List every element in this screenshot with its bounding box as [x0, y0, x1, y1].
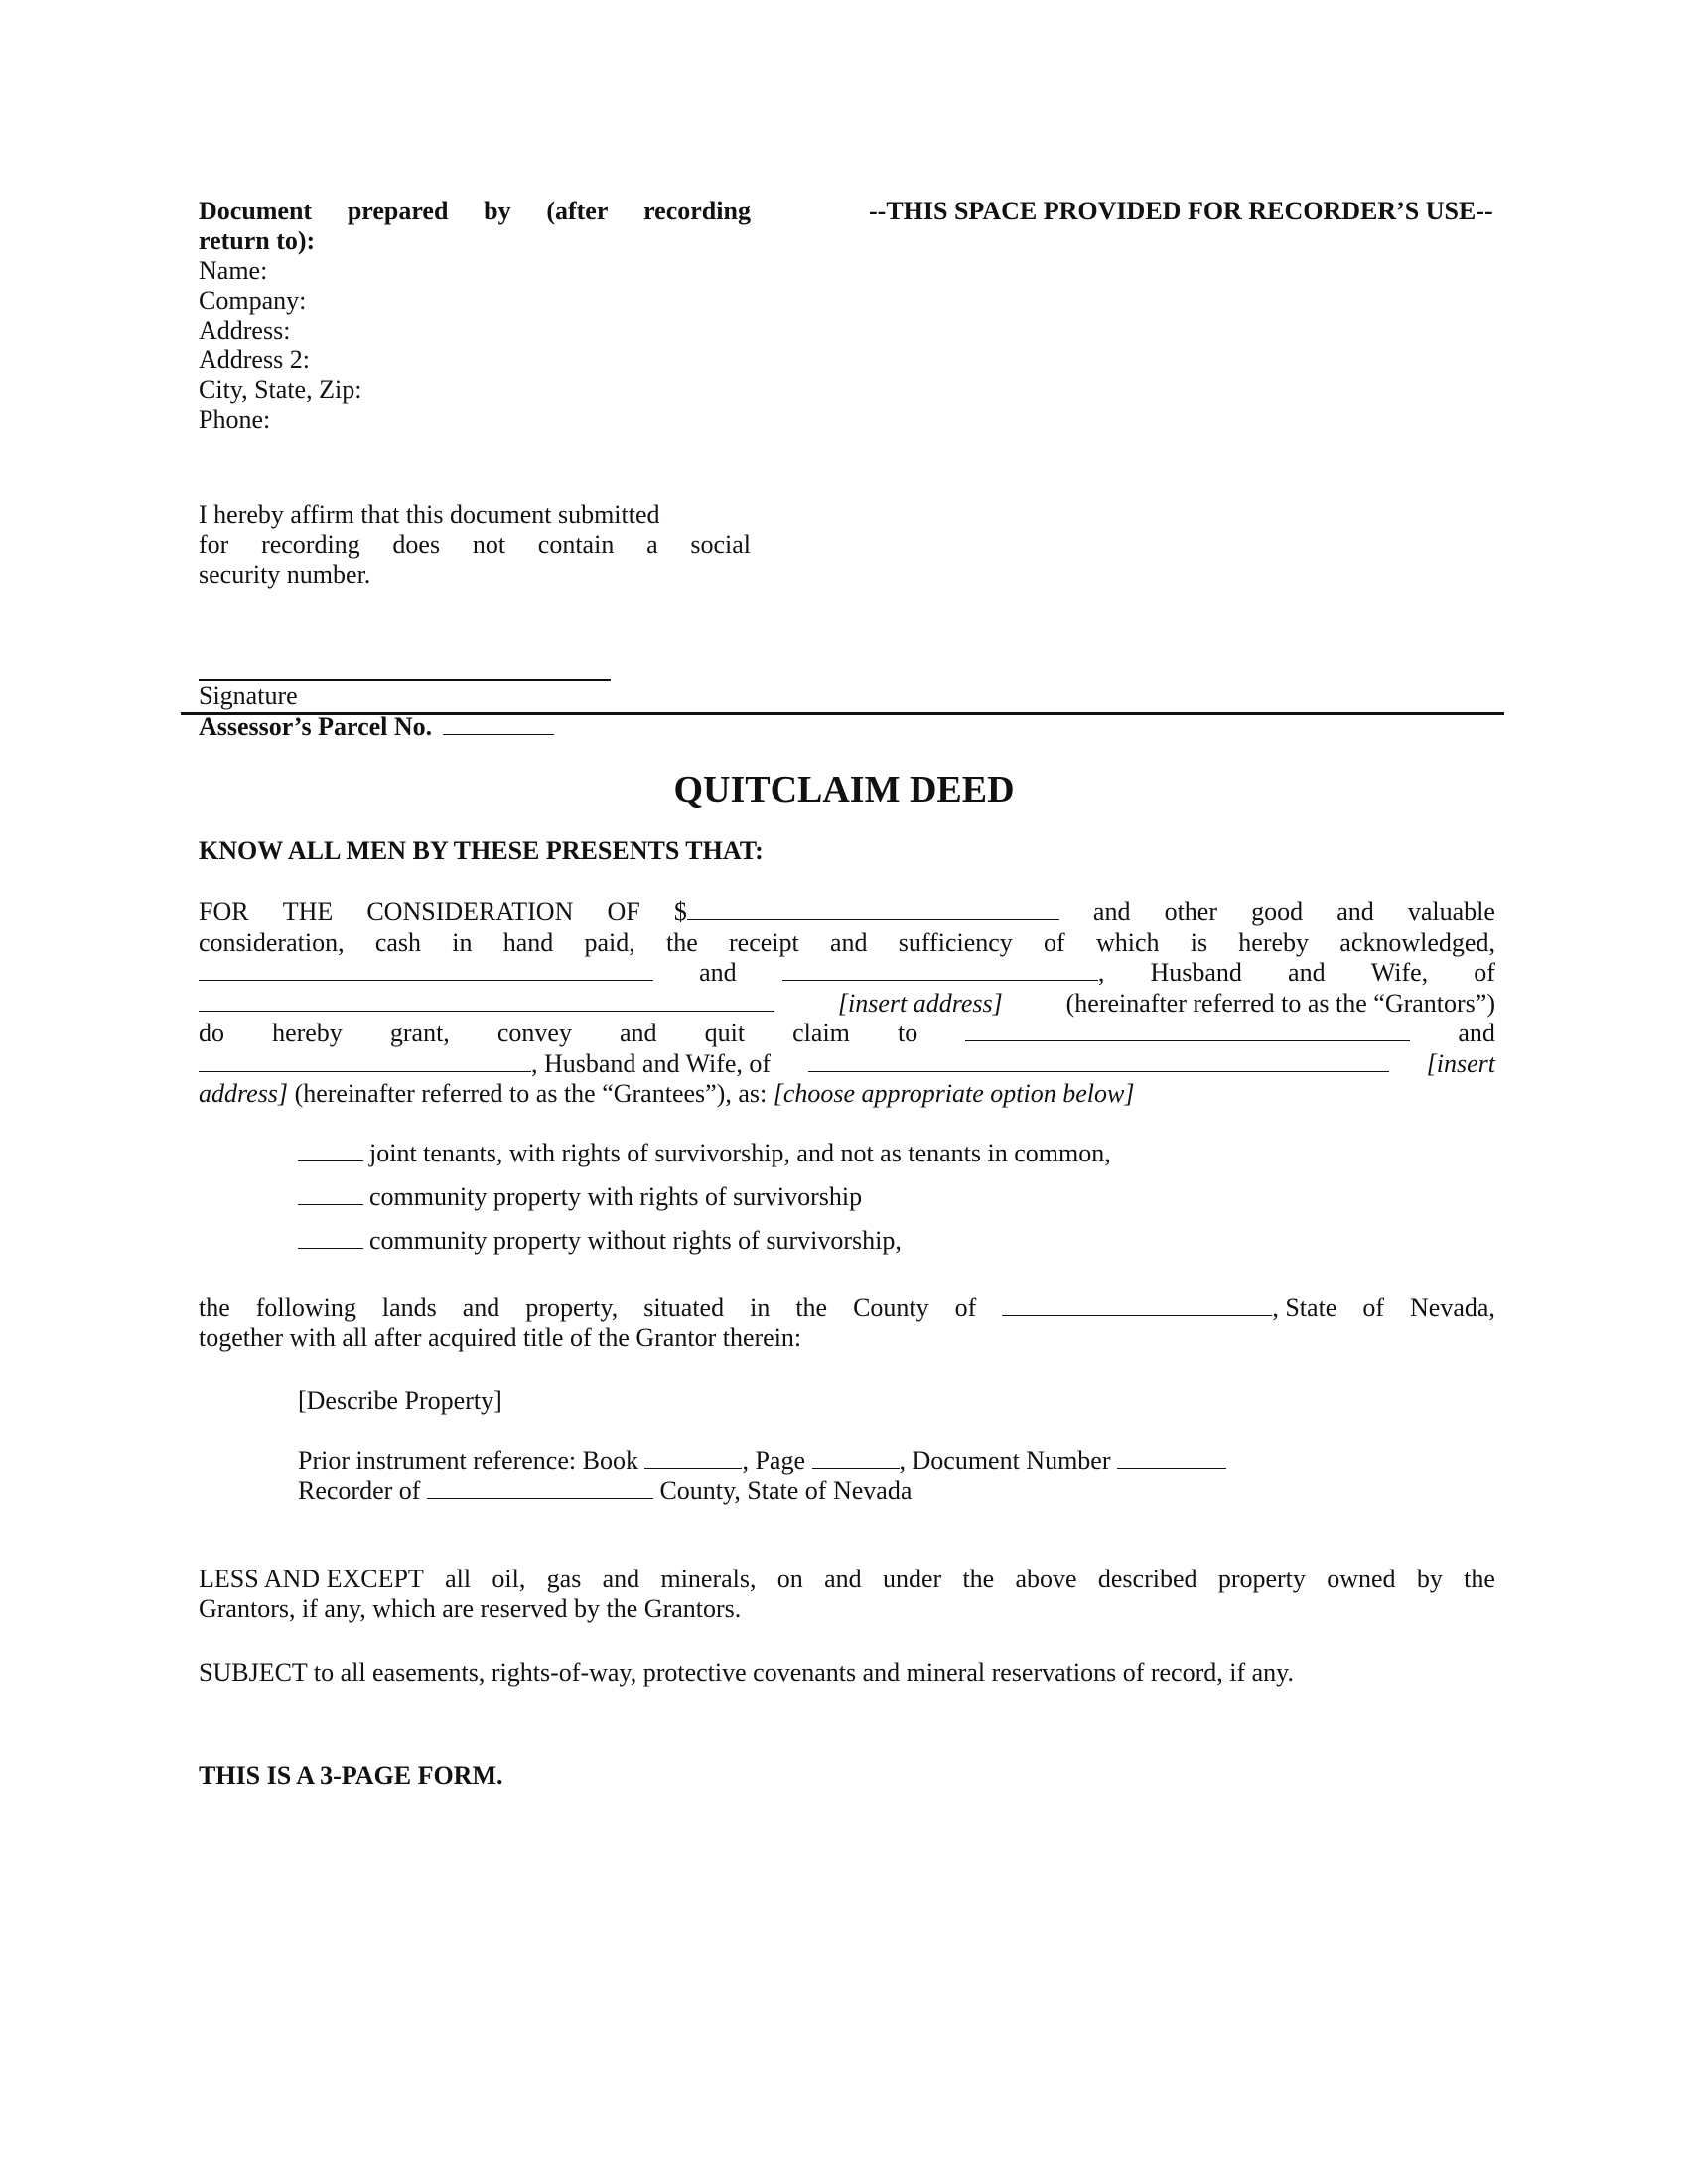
consideration-row-7: address] (hereinafter referred to as the…: [199, 1079, 1495, 1110]
lands-row-1: the following lands and property, situat…: [199, 1294, 1495, 1323]
grantor-1-name-blank[interactable]: [199, 958, 653, 981]
tenancy-option-community-without-survivorship: community property without rights of sur…: [298, 1226, 902, 1256]
subject-to-paragraph: SUBJECT to all easements, rights-of-way,…: [199, 1658, 1294, 1688]
grantee-address-blank[interactable]: [808, 1049, 1389, 1072]
prepared-by-line1: Document prepared by (after recording: [199, 197, 751, 226]
describe-property-placeholder[interactable]: [Describe Property]: [298, 1386, 502, 1416]
less-except-row-2: Grantors, if any, which are reserved by …: [199, 1594, 1495, 1624]
consideration-row-4: [insert address] (hereinafter referred t…: [199, 989, 1495, 1020]
form-page-count-notice: THIS IS A 3-PAGE FORM.: [199, 1761, 503, 1791]
grantee-1-name-blank[interactable]: [965, 1019, 1410, 1041]
field-company[interactable]: Company:: [199, 286, 306, 316]
prior-instrument-recorder: Recorder of County, State of Nevada: [298, 1476, 912, 1506]
ssn-affirmation: I hereby affirm that this document submi…: [199, 500, 751, 590]
field-phone[interactable]: Phone:: [199, 405, 270, 435]
insert-address-hint: [insert address]: [838, 989, 1003, 1020]
assessor-parcel-number: Assessor’s Parcel No.: [199, 712, 554, 742]
less-except-row-1: LESS AND EXCEPT all oil, gas and mineral…: [199, 1565, 1495, 1594]
consideration-row-3: and , Husband and Wife, of: [199, 958, 1495, 989]
tenancy-option-joint-tenants: joint tenants, with rights of survivorsh…: [298, 1139, 1111, 1168]
page-blank[interactable]: [812, 1446, 900, 1469]
consideration-row-5: do hereby grant, convey and quit claim t…: [199, 1019, 1495, 1049]
consideration-row-1: FOR THE CONSIDERATION OF $ and other goo…: [199, 897, 1495, 928]
field-address[interactable]: Address:: [199, 316, 290, 345]
consideration-row-2: consideration, cash in hand paid, the re…: [199, 928, 1495, 959]
affirmation-line-2: for recording does not contain a social: [199, 530, 751, 560]
parcel-label: Assessor’s Parcel No.: [199, 712, 432, 741]
grantee-2-name-blank[interactable]: [199, 1049, 531, 1072]
consideration-paragraph: FOR THE CONSIDERATION OF $ and other goo…: [199, 897, 1495, 1110]
intro-heading: KNOW ALL MEN BY THESE PRESENTS THAT:: [199, 836, 764, 866]
tenancy-option-community-with-survivorship: community property with rights of surviv…: [298, 1182, 862, 1212]
consideration-amount-blank[interactable]: [687, 897, 1059, 920]
field-city-state-zip[interactable]: City, State, Zip:: [199, 375, 361, 405]
document-title: QUITCLAIM DEED: [0, 766, 1688, 814]
book-blank[interactable]: [644, 1446, 742, 1469]
field-address-2[interactable]: Address 2:: [199, 345, 310, 375]
option-checkbox-blank[interactable]: [298, 1226, 363, 1249]
choose-option-hint: [choose appropriate option below]: [774, 1079, 1135, 1110]
less-and-except-paragraph: LESS AND EXCEPT all oil, gas and mineral…: [199, 1565, 1495, 1624]
prepared-by-line2: return to):: [199, 226, 751, 256]
recorder-use-notice: --THIS SPACE PROVIDED FOR RECORDER’S USE…: [869, 197, 1493, 226]
prior-instrument-reference: Prior instrument reference: Book , Page …: [298, 1446, 1226, 1476]
affirmation-line-3: security number.: [199, 560, 751, 590]
field-name[interactable]: Name:: [199, 256, 267, 286]
document-number-blank[interactable]: [1117, 1446, 1226, 1469]
county-blank[interactable]: [1002, 1294, 1272, 1316]
signature-label: Signature: [199, 681, 298, 711]
lands-row-2: together with all after acquired title o…: [199, 1323, 1495, 1353]
consideration-row-6: , Husband and Wife, of [insert: [199, 1049, 1495, 1080]
option-checkbox-blank[interactable]: [298, 1139, 363, 1161]
parcel-number-blank[interactable]: [443, 712, 554, 735]
prepared-by-heading: Document prepared by (after recording re…: [199, 197, 751, 256]
grantor-address-blank[interactable]: [199, 989, 774, 1012]
grantor-2-name-blank[interactable]: [782, 958, 1098, 981]
option-checkbox-blank[interactable]: [298, 1182, 363, 1205]
recorder-county-blank[interactable]: [427, 1476, 653, 1499]
affirmation-line-1: I hereby affirm that this document submi…: [199, 500, 751, 530]
lands-paragraph: the following lands and property, situat…: [199, 1294, 1495, 1353]
